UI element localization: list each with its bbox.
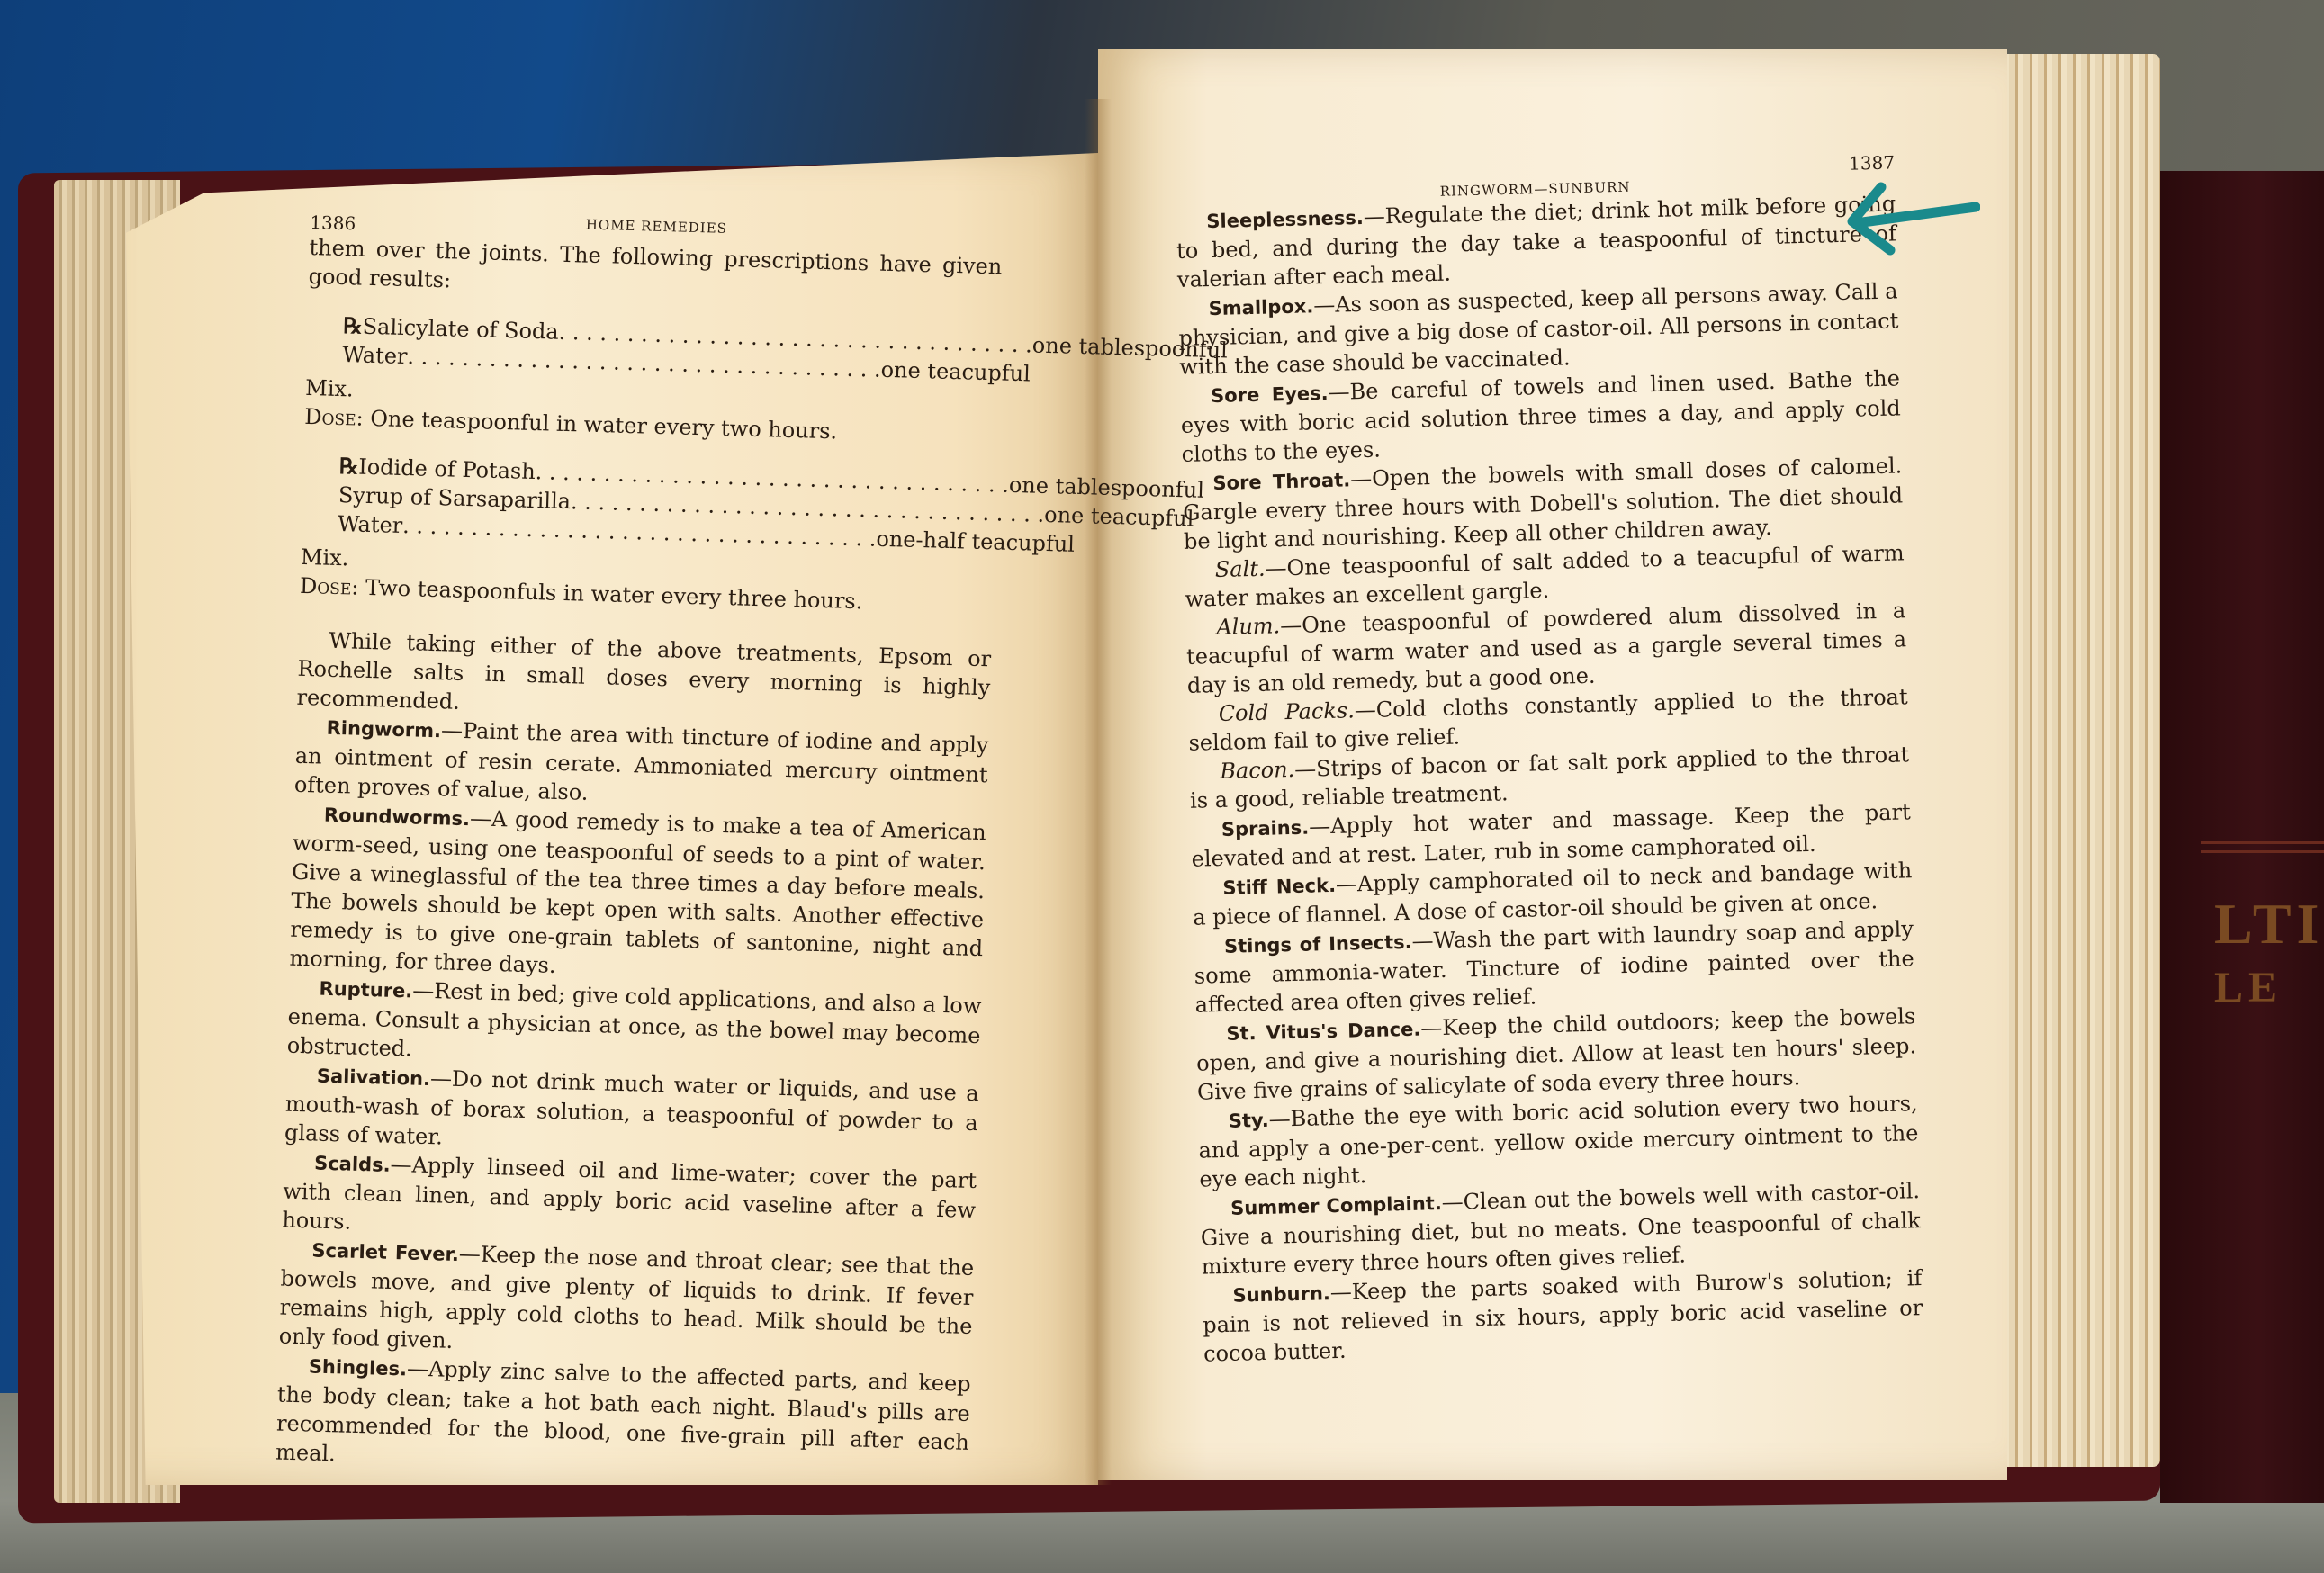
entry-term: Scarlet Fever. xyxy=(311,1240,459,1266)
entry-roundworms: Roundworms.—A good remedy is to make a t… xyxy=(289,799,986,992)
hand-drawn-arrow-icon xyxy=(1845,180,1980,261)
page-number: 1386 xyxy=(310,208,356,238)
entry-text: —Open the bowels with small doses of cal… xyxy=(1183,453,1903,554)
ingredient-name: Water xyxy=(342,340,408,371)
entry-term: Sore Eyes. xyxy=(1211,382,1329,407)
dose-label: Dose: xyxy=(304,404,364,431)
entry-subterm: Salt. xyxy=(1214,556,1265,582)
entry-term: Smallpox. xyxy=(1208,295,1313,319)
entry-term: Stings of Insects. xyxy=(1224,931,1412,957)
rx-symbol-icon: ℞ xyxy=(343,311,363,341)
entry-term: Stiff Neck. xyxy=(1222,875,1336,899)
entry-term: Ringworm. xyxy=(326,717,441,742)
spine-rule xyxy=(2201,841,2324,844)
entry-sunburn: Sunburn.—Keep the parts soaked with Buro… xyxy=(1202,1263,1923,1369)
spine-subtitle: LE xyxy=(2214,963,2283,1012)
entry-text: —As soon as suspected, keep all persons … xyxy=(1178,278,1898,380)
entry-text: —Bathe the eye with boric acid solution … xyxy=(1198,1091,1918,1192)
prescription-1: ℞ Salicylate of Sodaone tablespoonful Wa… xyxy=(342,311,1001,387)
prescription-2: ℞ Iodide of Potashone tablespoonful Syru… xyxy=(338,452,996,556)
entry-term: Sty. xyxy=(1229,1110,1269,1132)
entry-text: —Be careful of towels and linen used. Ba… xyxy=(1181,365,1901,467)
entry-text: —Clean out the bowels well with castor-o… xyxy=(1201,1178,1921,1280)
ingredient-amount: one-half teacupful xyxy=(876,525,1075,559)
photo-scene: LTI LE 1386 HOME REMEDIES them over the … xyxy=(0,0,2324,1573)
ingredient-amount: one teacupful xyxy=(1044,500,1194,534)
entry-term: Sprains. xyxy=(1221,817,1310,840)
adjacent-book-spine: LTI LE xyxy=(2160,171,2324,1503)
entry-text: —Wash the part with laundry soap and app… xyxy=(1194,916,1914,1018)
entry-text: —A good remedy is to make a tea of Ameri… xyxy=(289,805,986,978)
entry-term: Scalds. xyxy=(314,1153,391,1176)
entry-subterm: Cold Packs. xyxy=(1218,697,1355,726)
entry-scarlet-fever: Scarlet Fever.—Keep the nose and throat … xyxy=(278,1235,974,1370)
entry-term: Shingles. xyxy=(309,1355,408,1380)
right-page-edges xyxy=(1980,54,2160,1467)
dose-label: Dose: xyxy=(300,573,359,600)
spine-rule xyxy=(2201,850,2324,853)
entry-subterm: Bacon. xyxy=(1220,757,1295,784)
book-gutter xyxy=(1085,99,1112,1485)
entry-subterm: Alum. xyxy=(1216,613,1281,640)
entry-term: Summer Complaint. xyxy=(1230,1192,1442,1219)
entry-term: St. Vitus's Dance. xyxy=(1226,1019,1420,1045)
entry-text: —Keep the child outdoors; keep the bowel… xyxy=(1196,1003,1916,1105)
entry-term: Salivation. xyxy=(317,1065,431,1091)
entry-term: Sore Throat. xyxy=(1212,469,1350,494)
right-page-text: RINGWORM—SUNBURN 1387 Sleeplessness.—Reg… xyxy=(1175,153,1923,1368)
entry-term: Sunburn. xyxy=(1232,1282,1330,1307)
entry-text: —One teaspoonful of powdered alum dissol… xyxy=(1186,598,1906,698)
left-page-text: 1386 HOME REMEDIES them over the joints.… xyxy=(275,202,1004,1486)
entry-term: Rupture. xyxy=(319,978,412,1002)
entry-shingles: Shingles.—Apply zinc salve to the affect… xyxy=(275,1351,971,1486)
ingredient-amount: one teacupful xyxy=(880,355,1031,389)
entry-term: Roundworms. xyxy=(324,804,471,831)
page-number: 1387 xyxy=(1849,148,1896,177)
entry-text: —Keep the parts soaked with Burow's solu… xyxy=(1203,1265,1923,1367)
spine-title: LTI xyxy=(2214,891,2324,957)
ingredient-name: Water xyxy=(338,509,403,540)
rx-symbol-icon: ℞ xyxy=(338,452,358,481)
